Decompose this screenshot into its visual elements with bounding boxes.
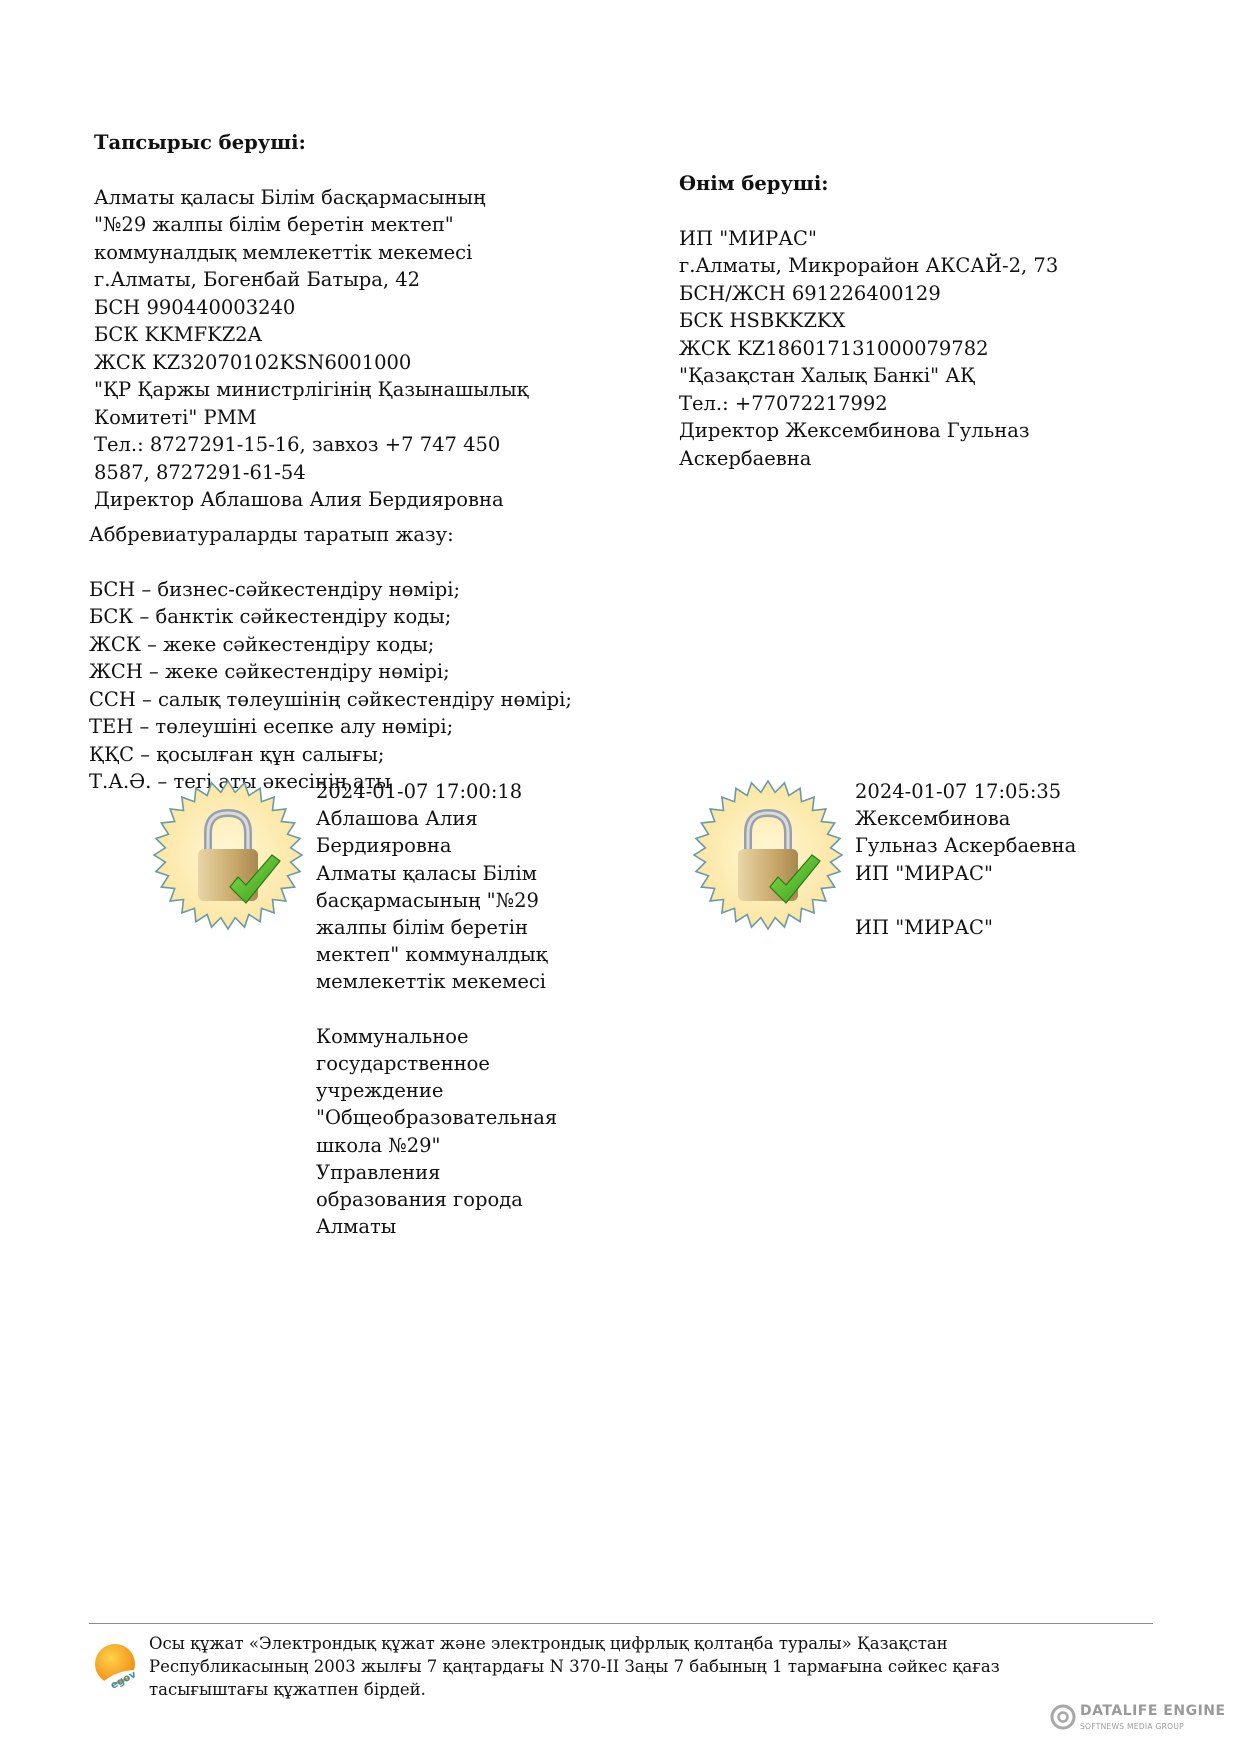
supplier-heading: Өнім беруші: [679, 170, 1149, 198]
customer-details: Алматы қаласы Білім басқармасының "№29 ж… [94, 184, 614, 514]
customer-heading: Тапсырыс беруші: [94, 129, 614, 157]
abbreviations-list: БСН – бизнес-сәйкестендіру нөмірі; БСК –… [89, 576, 649, 796]
signature-customer-info: 2024-01-07 17:00:18 Аблашова Алия Бердия… [316, 778, 586, 1240]
signed-lock-seal-icon [688, 775, 848, 935]
signed-lock-seal-icon [148, 775, 308, 935]
supplier-details: ИП "МИРАС" г.Алматы, Микрорайон АКСАЙ-2,… [679, 225, 1149, 473]
abbreviations-title: Аббревиатураларды таратып жазу: [89, 521, 649, 549]
watermark: DATALIFE ENGINE SOFTNEWS MEDIA GROUP [1050, 1700, 1235, 1736]
signature-supplier-info: 2024-01-07 17:05:35 Жексембинова Гульназ… [855, 778, 1135, 941]
supplier-block: Өнім беруші: ИП "МИРАС" г.Алматы, Микрор… [679, 142, 1149, 500]
legal-notice: Осы құжат «Электрондық құжат және электр… [149, 1632, 1089, 1701]
abbreviations-block: Аббревиатураларды таратып жазу: БСН – би… [89, 493, 649, 823]
customer-block: Тапсырыс беруші: Алматы қаласы Білім бас… [94, 101, 614, 541]
watermark-subtitle: SOFTNEWS MEDIA GROUP [1080, 1722, 1184, 1731]
footer-divider [89, 1623, 1153, 1624]
egov-sun-logo-icon: egov [93, 1640, 143, 1690]
datalife-logo-icon [1050, 1704, 1076, 1730]
watermark-title: DATALIFE ENGINE [1080, 1703, 1226, 1719]
